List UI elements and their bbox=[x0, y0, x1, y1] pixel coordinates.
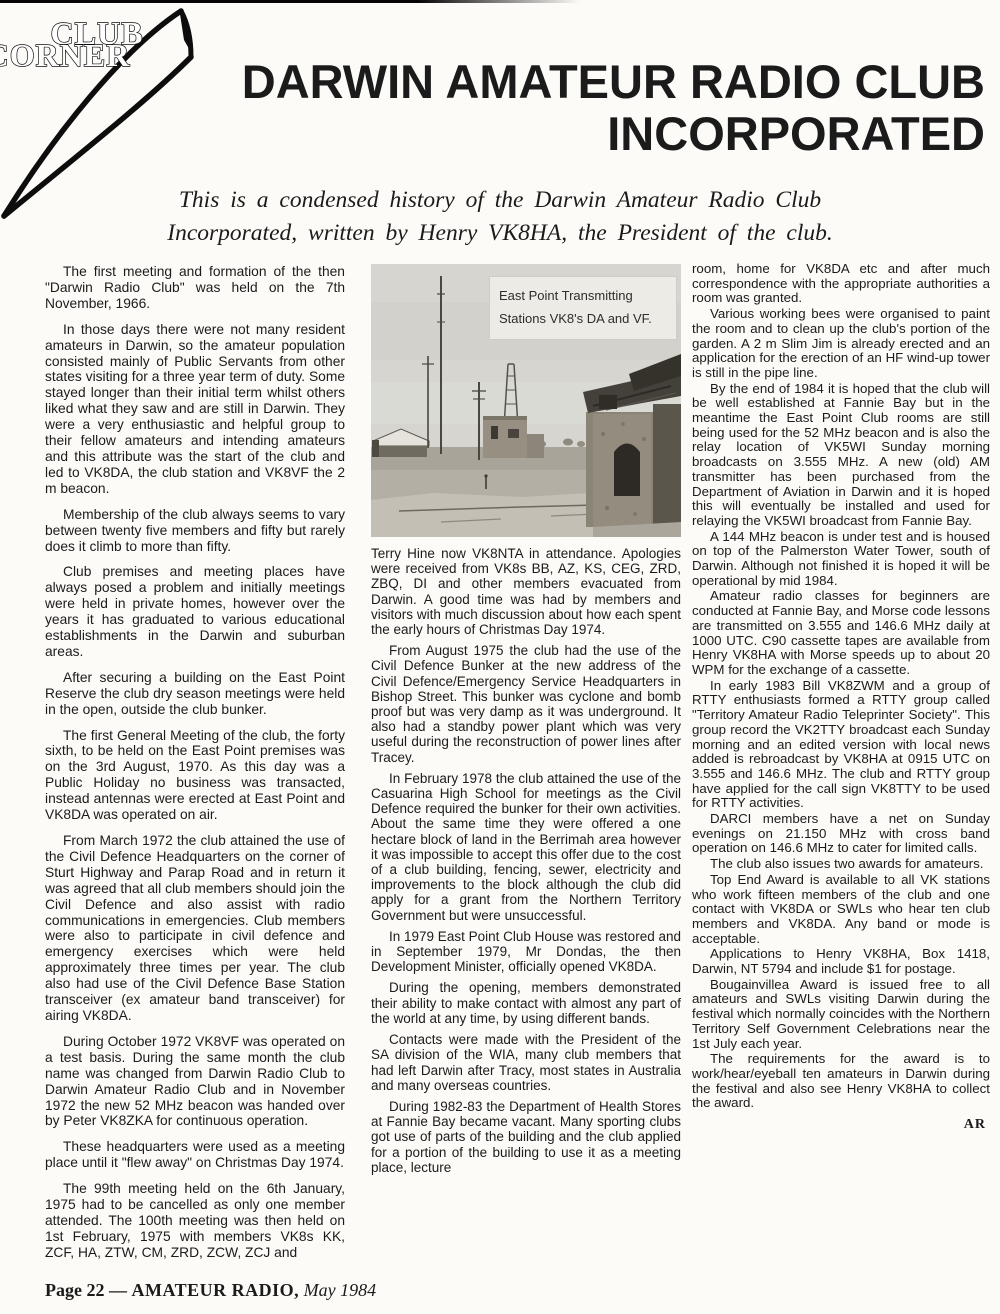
paragraph: In those days there were not many reside… bbox=[45, 322, 345, 497]
east-point-photo: East Point Transmitting Stations VK8's D… bbox=[371, 264, 681, 537]
paragraph: Bougainvillea Award is issued free to al… bbox=[692, 978, 990, 1052]
paragraph: In February 1978 the club attained the u… bbox=[371, 771, 681, 923]
standfirst-line1: This is a condensed history of the Darwi… bbox=[70, 184, 930, 217]
column-1: The first meeting and formation of the t… bbox=[45, 264, 345, 1271]
footer-issue-date: May 1984 bbox=[299, 1280, 376, 1300]
paragraph: Contacts were made with the President of… bbox=[371, 1032, 681, 1093]
paragraph: During October 1972 VK8VF was operated o… bbox=[45, 1034, 345, 1129]
article-standfirst: This is a condensed history of the Darwi… bbox=[70, 184, 930, 250]
paragraph: During the opening, members demonstrated… bbox=[371, 980, 681, 1026]
article-title: DARWIN AMATEUR RADIO CLUB INCORPORATED bbox=[230, 56, 985, 160]
column-2: East Point Transmitting Stations VK8's D… bbox=[371, 264, 681, 1181]
paragraph: Amateur radio classes for beginners are … bbox=[692, 589, 990, 677]
paragraph: In early 1983 Bill VK8ZWM and a group of… bbox=[692, 679, 990, 811]
column-3: room, home for VK8DA etc and after much … bbox=[692, 262, 990, 1133]
paragraph: From August 1975 the club had the use of… bbox=[371, 643, 681, 765]
article-title-line1: DARWIN AMATEUR RADIO CLUB bbox=[230, 56, 985, 108]
paragraph: The first General Meeting of the club, t… bbox=[45, 728, 345, 823]
paragraph: Applications to Henry VK8HA, Box 1418, D… bbox=[692, 947, 990, 976]
paragraph: In 1979 East Point Club House was restor… bbox=[371, 929, 681, 975]
paragraph: The requirements for the award is to wor… bbox=[692, 1052, 990, 1111]
footer-page-number: Page 22 — bbox=[45, 1280, 131, 1300]
paragraph: room, home for VK8DA etc and after much … bbox=[692, 262, 990, 306]
paragraph: DARCI members have a net on Sunday eveni… bbox=[692, 812, 990, 856]
article-title-line2: INCORPORATED bbox=[230, 108, 985, 160]
magazine-page: CLUB CORNER DARWIN AMATEUR RADIO CLUB IN… bbox=[0, 0, 1000, 1314]
paragraph: Various working bees were organised to p… bbox=[692, 307, 990, 381]
paragraph: Terry Hine now VK8NTA in attendance. Apo… bbox=[371, 546, 681, 637]
paragraph: The 99th meeting held on the 6th January… bbox=[45, 1181, 345, 1261]
paragraph: A 144 MHz beacon is under test and is ho… bbox=[692, 530, 990, 589]
paragraph: From March 1972 the club attained the us… bbox=[45, 833, 345, 1024]
paragraph: During 1982-83 the Department of Health … bbox=[371, 1099, 681, 1175]
paragraph: After securing a building on the East Po… bbox=[45, 670, 345, 718]
paragraph: By the end of 1984 it is hoped that the … bbox=[692, 382, 990, 529]
logo-word-corner: CORNER bbox=[0, 37, 130, 73]
paragraph: Top End Award is available to all VK sta… bbox=[692, 873, 990, 947]
paragraph: The first meeting and formation of the t… bbox=[45, 264, 345, 312]
article-end-mark: AR bbox=[692, 1117, 990, 1133]
paragraph: The club also issues two awards for amat… bbox=[692, 857, 990, 872]
footer-magazine-name: AMATEUR RADIO, bbox=[131, 1280, 299, 1300]
photo-caption: East Point Transmitting Stations VK8's D… bbox=[489, 276, 677, 340]
paragraph: These headquarters were used as a meetin… bbox=[45, 1139, 345, 1171]
standfirst-line2: Incorporated, written by Henry VK8HA, th… bbox=[70, 217, 930, 250]
page-footer: Page 22 — AMATEUR RADIO, May 1984 bbox=[45, 1280, 376, 1301]
paragraph: Club premises and meeting places have al… bbox=[45, 564, 345, 659]
paragraph: Membership of the club always seems to v… bbox=[45, 507, 345, 555]
